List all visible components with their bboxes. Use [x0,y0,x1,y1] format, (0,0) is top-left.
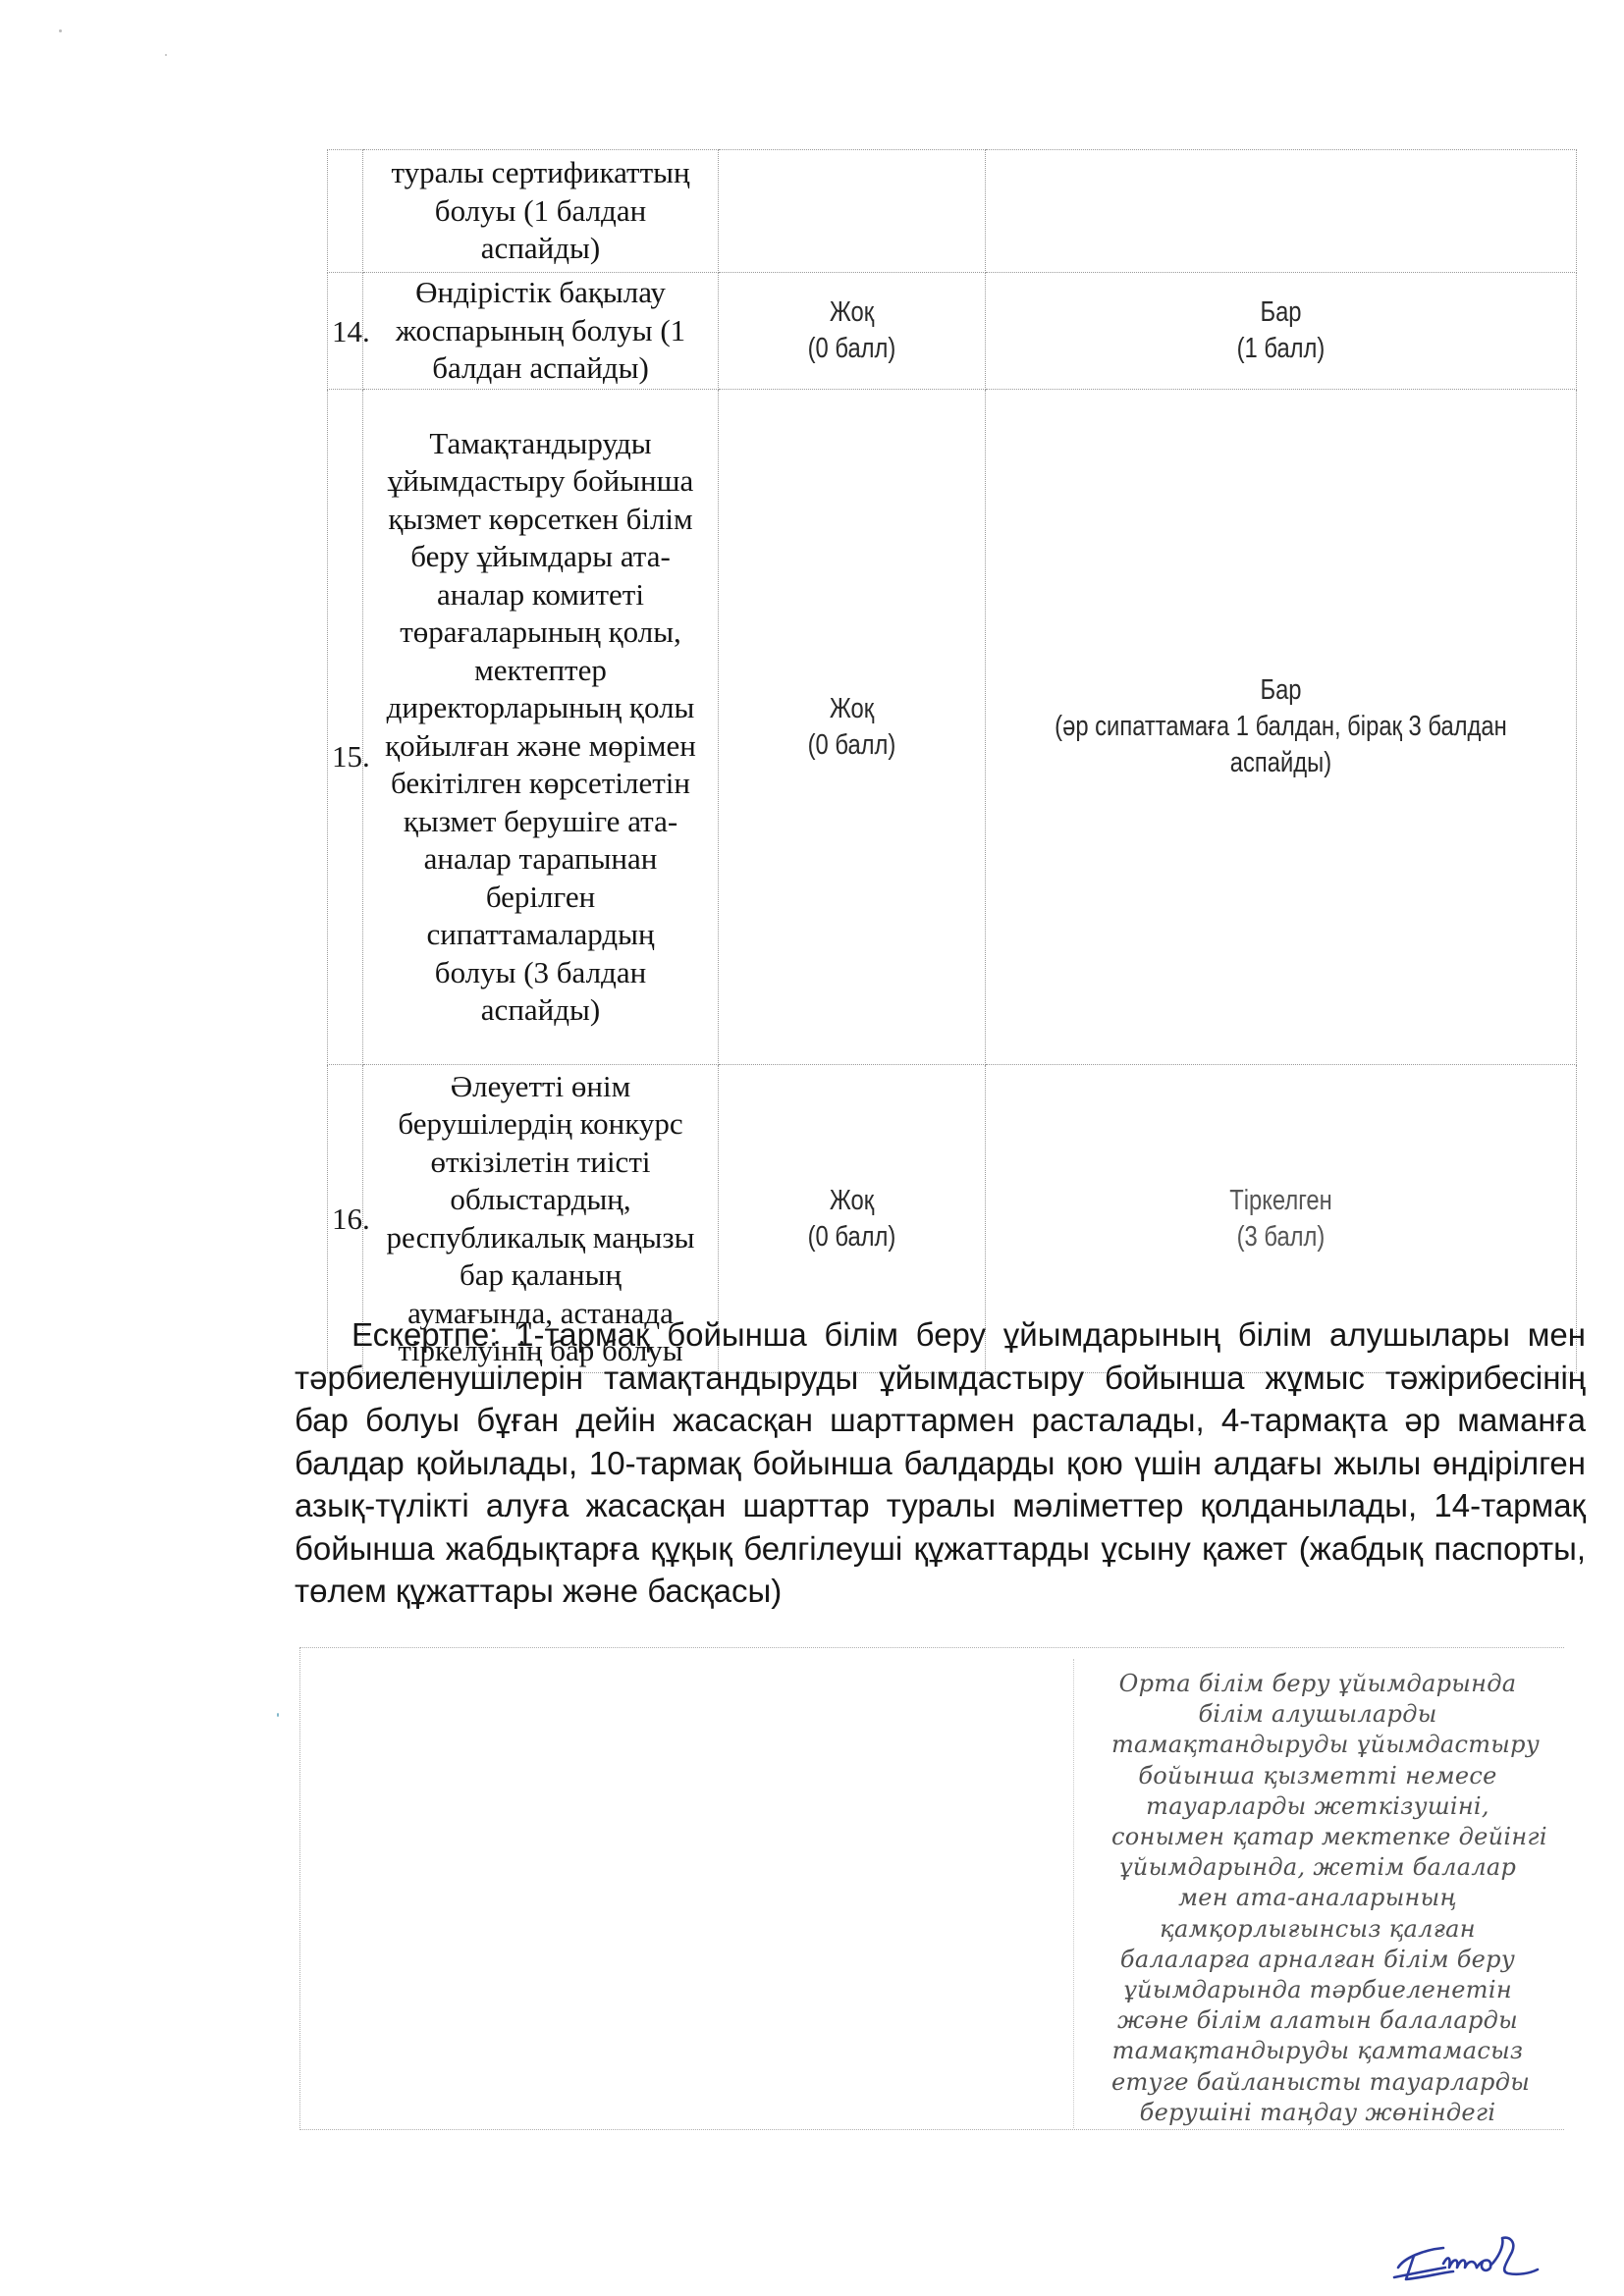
criterion-line: сипаттамалардың [367,916,714,954]
scoring-criteria-table: туралы сертификаттыңболуы (1 балданаспай… [327,149,1577,1373]
document-page: туралы сертификаттыңболуы (1 балданаспай… [0,0,1624,2296]
score-present-cell: Бар(1 балл) [986,273,1577,390]
handwritten-signature-icon [1384,2228,1551,2287]
criterion-line: директорларының қолы [367,689,714,727]
appendix-caption-line: ұйымдарында, жетім балалар [1111,1852,1524,1883]
appendix-caption-line: ұйымдарында тәрбиеленетін [1111,1975,1524,2005]
appendix-column-divider [1073,1659,1074,2128]
table-row: 15.Тамақтандырудыұйымдастыру бойыншақызм… [328,390,1577,1065]
appendix-caption-line: бойынша қызметті немесе [1111,1761,1524,1791]
footnote-text: Ескертпе: 1-тармақ бойынша білім беру ұй… [295,1316,1586,1609]
score-present-cell-line: (1 балл) [1039,331,1523,367]
scan-artifact [277,1713,279,1717]
appendix-caption: Орта білім беру ұйымдарындабілім алушыла… [1111,1669,1524,2128]
criterion-line: облыстардың, [367,1181,714,1219]
score-present-cell-line: (3 балл) [1039,1219,1523,1255]
criterion-line: аспайды) [367,230,714,268]
row-number [328,150,363,273]
score-present-cell-line: Тіркелген [1039,1183,1523,1219]
scan-artifact [165,54,167,56]
row-number: 14. [328,273,363,390]
score-absent-cell-line: Жоқ [742,294,960,331]
criterion-line: Өндірістік бақылау [367,274,714,312]
criterion-line: қойылған және мөрімен [367,727,714,766]
criterion-cell: Өндірістік бақылаужоспарының болуы (1бал… [363,273,719,390]
criterion-line: төрағаларының қолы, [367,614,714,652]
criterion-line: қызмет берушіге ата- [367,803,714,841]
appendix-caption-line: сонымен қатар мектепке дейінгі [1111,1822,1524,1852]
score-present-cell-line: аспайды) [1039,745,1523,781]
score-present-cell [986,150,1577,273]
appendix-caption-line: және білім алатын балаларды [1111,2005,1524,2036]
score-absent-cell-line: Жоқ [742,1183,960,1219]
scoring-criteria-table-container: туралы сертификаттыңболуы (1 балданаспай… [327,149,1576,1373]
table-row: туралы сертификаттыңболуы (1 балданаспай… [328,150,1577,273]
criterion-line: болуы (1 балдан [367,192,714,231]
table-row: 14.Өндірістік бақылаужоспарының болуы (1… [328,273,1577,390]
score-absent-cell-line: Жоқ [742,691,960,727]
appendix-caption-line: берушіні таңдау жөніндегі [1111,2098,1524,2128]
criterion-line: туралы сертификаттың [367,154,714,192]
criterion-line: мектептер [367,652,714,690]
score-absent-cell-line: (0 балл) [742,727,960,764]
criterion-line: болуы (3 балдан [367,954,714,992]
score-absent-cell-line: (0 балл) [742,331,960,367]
score-present-cell-line: Бар [1039,294,1523,331]
score-present-cell-line: Бар [1039,672,1523,709]
score-absent-cell-line: (0 балл) [742,1219,960,1255]
criterion-line: Тамақтандыруды [367,425,714,463]
criterion-line: Әлеуетті өнім [367,1068,714,1106]
footnote-paragraph: Ескертпе: 1-тармақ бойынша білім беру ұй… [295,1313,1586,1613]
criterion-line: балдан аспайды) [367,349,714,388]
criterion-line: республикалық маңызы [367,1219,714,1257]
appendix-caption-line: мен ата-аналарының [1111,1883,1524,1913]
appendix-caption-line: тамақтандыруды ұйымдастыру [1111,1730,1524,1760]
criterion-line: берілген [367,879,714,917]
appendix-caption-line: Орта білім беру ұйымдарында [1111,1669,1524,1699]
appendix-caption-line: тауарларды жеткізушіні, [1111,1791,1524,1822]
score-present-cell-line: (әр сипаттамаға 1 балдан, бірақ 3 балдан [1039,709,1523,745]
appendix-caption-line: қамқорлығынсыз қалған [1111,1914,1524,1945]
appendix-caption-line: балаларға арналған білім беру [1111,1945,1524,1975]
score-absent-cell: Жоқ(0 балл) [719,390,986,1065]
criterion-cell: туралы сертификаттыңболуы (1 балданаспай… [363,150,719,273]
appendix-caption-line: етуге байланысты тауарларды [1111,2067,1524,2098]
score-absent-cell [719,150,986,273]
criterion-line: ұйымдастыру бойынша [367,462,714,501]
criterion-line: жоспарының болуы (1 [367,312,714,350]
criterion-line: аналар комитеті [367,576,714,614]
scan-artifact [59,29,62,32]
criterion-line: қызмет көрсеткен білім [367,501,714,539]
criterion-line: бекітілген көрсетілетін [367,765,714,803]
score-present-cell: Бар(әр сипаттамаға 1 балдан, бірақ 3 бал… [986,390,1577,1065]
appendix-caption-line: тамақтандыруды қамтамасыз [1111,2036,1524,2066]
criterion-line: берушілердің конкурс [367,1105,714,1144]
table-body: туралы сертификаттыңболуы (1 балданаспай… [328,150,1577,1373]
criterion-line: аспайды) [367,991,714,1030]
criterion-line: бар қаланың [367,1256,714,1295]
row-number: 15. [328,390,363,1065]
criterion-line: өткізілетін тиісті [367,1144,714,1182]
criterion-line: аналар тарапынан [367,840,714,879]
criterion-line: беру ұйымдары ата- [367,538,714,576]
score-absent-cell: Жоқ(0 балл) [719,273,986,390]
criterion-cell: Тамақтандырудыұйымдастыру бойыншақызмет … [363,390,719,1065]
appendix-caption-line: білім алушыларды [1111,1699,1524,1730]
